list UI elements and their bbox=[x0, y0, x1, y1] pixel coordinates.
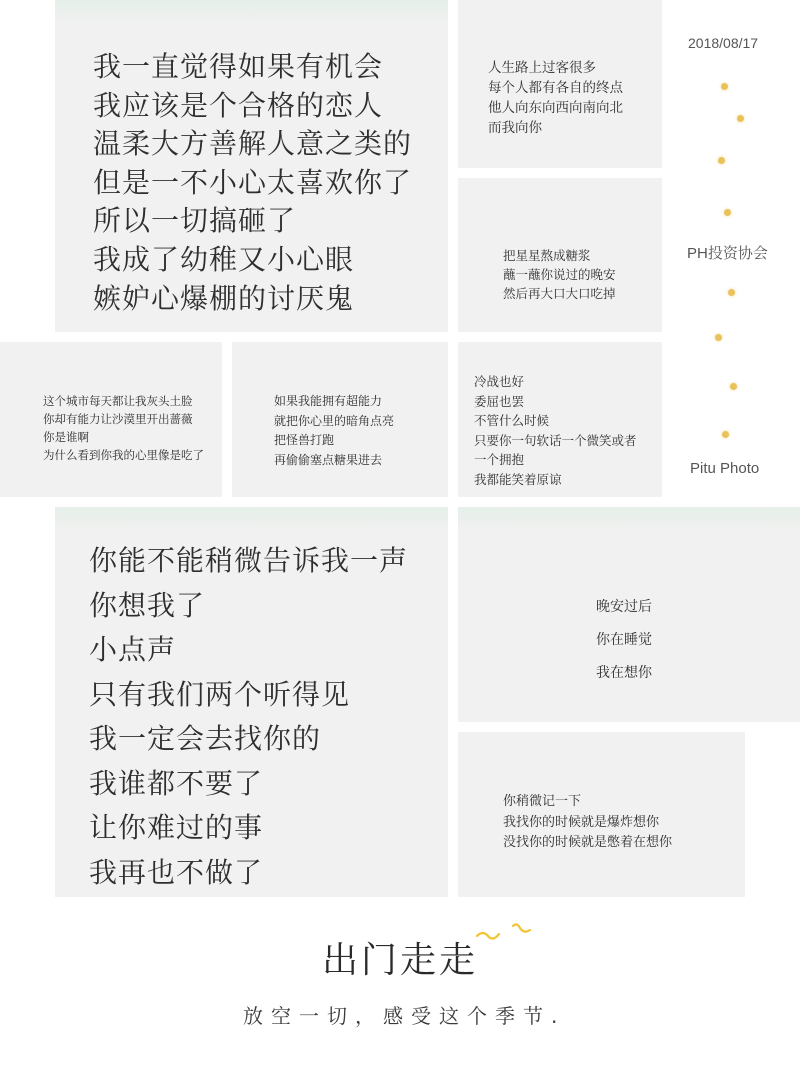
quote-line: 一个拥抱 bbox=[474, 450, 637, 470]
quote-text: 我一直觉得如果有机会 我应该是个合格的恋人 温柔大方善解人意之类的 但是一不小心… bbox=[93, 48, 412, 318]
quote-line: 而我向你 bbox=[488, 118, 623, 138]
quote-line: 我一直觉得如果有机会 bbox=[93, 48, 412, 87]
quote-line: 没找你的时候就是憋着在想你 bbox=[503, 833, 672, 854]
quote-line: 只要你一句软话一个微笑或者 bbox=[474, 431, 637, 451]
quote-card-4: 这个城市每天都让我灰头土脸 你却有能力让沙漠里开出蔷薇 你是谁啊 为什么看到你我… bbox=[0, 342, 222, 497]
quote-line: 但是一不小心太喜欢你了 bbox=[93, 164, 412, 203]
dot-icon bbox=[718, 157, 725, 164]
quote-line: 不管什么时候 bbox=[474, 411, 637, 431]
quote-line: 蘸一蘸你说过的晚安 bbox=[503, 265, 616, 284]
bird-doodle-icon bbox=[475, 918, 545, 948]
quote-line: 我找你的时候就是爆炸想你 bbox=[503, 813, 672, 834]
slogan-title: 出门走走 bbox=[322, 932, 478, 983]
quote-card-1: 我一直觉得如果有机会 我应该是个合格的恋人 温柔大方善解人意之类的 但是一不小心… bbox=[55, 0, 448, 332]
quote-line: 所以一切搞砸了 bbox=[93, 202, 412, 241]
quote-line: 再偷偷塞点糖果进去 bbox=[274, 451, 394, 471]
quote-line: 小点声 bbox=[89, 628, 408, 673]
quote-line: 人生路上过客很多 bbox=[488, 58, 623, 78]
quote-line: 我一定会去找你的 bbox=[89, 717, 408, 762]
quote-line: 我谁都不要了 bbox=[89, 762, 408, 807]
quote-card-7: 你能不能稍微告诉我一声 你想我了 小点声 只有我们两个听得见 我一定会去找你的 … bbox=[55, 507, 448, 897]
quote-text: 冷战也好 委屈也罢 不管什么时候 只要你一句软话一个微笑或者 一个拥抱 我都能笑… bbox=[474, 372, 637, 489]
quote-line: 你能不能稍微告诉我一声 bbox=[89, 539, 408, 584]
quote-line: 晚安过后 bbox=[596, 591, 652, 624]
dot-icon bbox=[722, 431, 729, 438]
dot-icon bbox=[728, 289, 735, 296]
quote-line: 我应该是个合格的恋人 bbox=[93, 87, 412, 126]
quote-line: 冷战也好 bbox=[474, 372, 637, 392]
quote-line: 如果我能拥有超能力 bbox=[274, 392, 394, 412]
watermark-label: Pitu Photo bbox=[690, 460, 759, 477]
quote-line: 你稍微记一下 bbox=[503, 792, 672, 813]
quote-line: 我再也不做了 bbox=[89, 851, 408, 896]
quote-card-8: 晚安过后 你在睡觉 我在想你 bbox=[458, 507, 800, 722]
quote-line: 就把你心里的暗角点亮 bbox=[274, 412, 394, 432]
quote-line: 我在想你 bbox=[596, 657, 652, 690]
quote-text: 把星星熬成糖浆 蘸一蘸你说过的晚安 然后再大口大口吃掉 bbox=[503, 246, 616, 303]
quote-line: 他人向东向西向南向北 bbox=[488, 98, 623, 118]
quote-line: 然后再大口大口吃掉 bbox=[503, 284, 616, 303]
dot-icon bbox=[724, 209, 731, 216]
quote-line: 我都能笑着原谅 bbox=[474, 470, 637, 490]
org-label: PH投资协会 bbox=[687, 242, 768, 263]
quote-line: 嫉妒心爆棚的讨厌鬼 bbox=[93, 280, 412, 319]
quote-line: 每个人都有各自的终点 bbox=[488, 78, 623, 98]
quote-text: 人生路上过客很多 每个人都有各自的终点 他人向东向西向南向北 而我向你 bbox=[488, 58, 623, 138]
quote-card-6: 冷战也好 委屈也罢 不管什么时候 只要你一句软话一个微笑或者 一个拥抱 我都能笑… bbox=[458, 342, 662, 497]
quote-text: 如果我能拥有超能力 就把你心里的暗角点亮 把怪兽打跑 再偷偷塞点糖果进去 bbox=[274, 392, 394, 470]
dot-icon bbox=[730, 383, 737, 390]
quote-text: 这个城市每天都让我灰头土脸 你却有能力让沙漠里开出蔷薇 你是谁啊 为什么看到你我… bbox=[43, 392, 204, 464]
quote-line: 把怪兽打跑 bbox=[274, 431, 394, 451]
quote-text: 你能不能稍微告诉我一声 你想我了 小点声 只有我们两个听得见 我一定会去找你的 … bbox=[89, 539, 408, 895]
slogan-subtitle: 放空一切，感受这个季节. bbox=[243, 1000, 565, 1029]
quote-line: 你却有能力让沙漠里开出蔷薇 bbox=[43, 410, 204, 428]
date-label: 2018/08/17 bbox=[688, 35, 758, 51]
quote-line: 我成了幼稚又小心眼 bbox=[93, 241, 412, 280]
dot-icon bbox=[721, 83, 728, 90]
dot-icon bbox=[737, 115, 744, 122]
quote-card-3: 把星星熬成糖浆 蘸一蘸你说过的晚安 然后再大口大口吃掉 bbox=[458, 178, 662, 332]
quote-line: 温柔大方善解人意之类的 bbox=[93, 125, 412, 164]
quote-text: 晚安过后 你在睡觉 我在想你 bbox=[596, 591, 652, 690]
quote-card-5: 如果我能拥有超能力 就把你心里的暗角点亮 把怪兽打跑 再偷偷塞点糖果进去 bbox=[232, 342, 448, 497]
quote-line: 你是谁啊 bbox=[43, 428, 204, 446]
quote-text: 你稍微记一下 我找你的时候就是爆炸想你 没找你的时候就是憋着在想你 bbox=[503, 792, 672, 854]
quote-line: 你在睡觉 bbox=[596, 624, 652, 657]
quote-card-9: 你稍微记一下 我找你的时候就是爆炸想你 没找你的时候就是憋着在想你 bbox=[458, 732, 745, 897]
quote-card-2: 人生路上过客很多 每个人都有各自的终点 他人向东向西向南向北 而我向你 bbox=[458, 0, 662, 168]
quote-line: 这个城市每天都让我灰头土脸 bbox=[43, 392, 204, 410]
quote-line: 让你难过的事 bbox=[89, 806, 408, 851]
quote-line: 只有我们两个听得见 bbox=[89, 673, 408, 718]
quote-line: 把星星熬成糖浆 bbox=[503, 246, 616, 265]
quote-line: 你想我了 bbox=[89, 584, 408, 629]
quote-line: 为什么看到你我的心里像是吃了 bbox=[43, 446, 204, 464]
quote-line: 委屈也罢 bbox=[474, 392, 637, 412]
dot-icon bbox=[715, 334, 722, 341]
